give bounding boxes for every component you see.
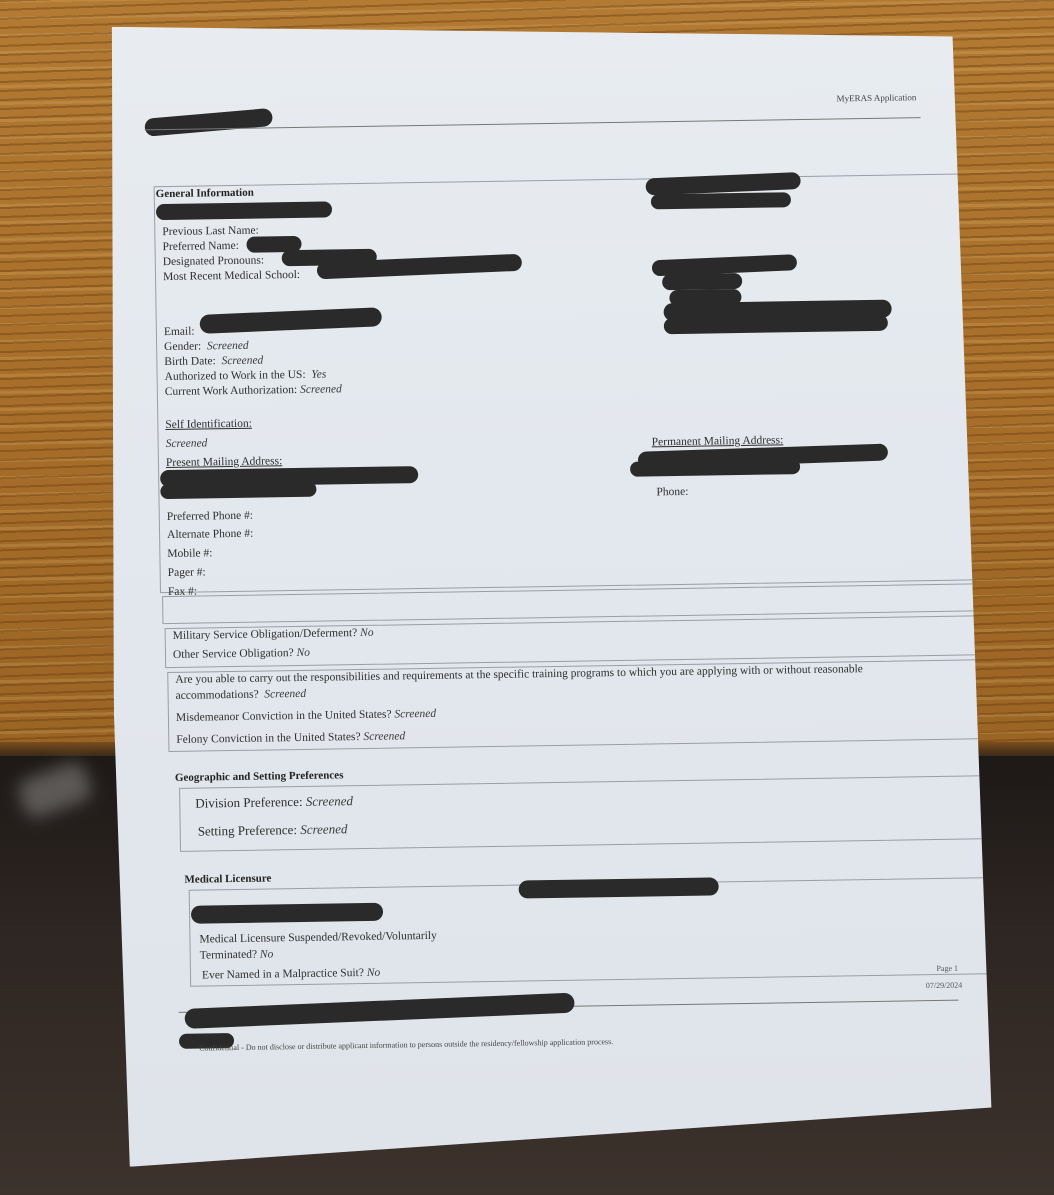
self-identification-label: Self Identification: — [165, 418, 252, 431]
section-title-preferences: Geographic and Setting Preferences — [175, 769, 344, 784]
medical-school-label: Most Recent Medical School: — [163, 269, 300, 283]
section-title-medical-licensure: Medical Licensure — [184, 872, 271, 885]
preferred-phone-label: Preferred Phone #: — [167, 510, 253, 523]
designated-pronouns-label: Designated Pronouns: — [163, 254, 264, 268]
redaction-mark — [156, 201, 332, 220]
redaction-mark — [144, 108, 273, 137]
permanent-mailing-address-label: Permanent Mailing Address: — [652, 434, 784, 448]
redaction-mark — [184, 993, 574, 1029]
gender-field: Gender: Screened — [164, 340, 249, 353]
page-number: Page 1 — [936, 964, 958, 973]
alternate-phone-label: Alternate Phone #: — [167, 528, 253, 541]
division-preference-field: Division Preference: Screened — [195, 793, 353, 811]
phone-label: Phone: — [656, 486, 688, 499]
present-mailing-address-label: Present Mailing Address: — [166, 455, 282, 469]
printed-page: MyERAS Application General Information P… — [103, 13, 1001, 1167]
redaction-mark — [519, 877, 719, 898]
print-date: 07/29/2024 — [926, 981, 963, 991]
redaction-mark — [630, 459, 800, 477]
confidentiality-notice: Confidential - Do not disclose or distri… — [199, 1037, 613, 1053]
previous-last-name-label: Previous Last Name: — [162, 225, 259, 239]
redaction-mark — [662, 273, 742, 290]
redaction-mark — [651, 192, 791, 209]
licensure-suspended-field: Terminated? No — [200, 948, 274, 961]
authorized-to-work-field: Authorized to Work in the US: Yes — [165, 369, 327, 384]
other-service-field: Other Service Obligation? No — [173, 647, 310, 661]
pager-label: Pager #: — [168, 566, 206, 579]
birth-date-field: Birth Date: Screened — [164, 355, 263, 369]
self-identification-value: Screened — [166, 437, 208, 450]
preferences-box — [179, 775, 992, 852]
header-title: MyERAS Application — [836, 92, 916, 103]
mobile-label: Mobile #: — [167, 547, 212, 560]
email-label: Email: — [164, 326, 195, 338]
responsibilities-field: accommodations? Screened — [176, 688, 307, 702]
redaction-mark — [191, 903, 383, 924]
preferred-name-label: Preferred Name: — [162, 240, 238, 253]
setting-preference-field: Setting Preference: Screened — [198, 821, 348, 839]
redaction-mark — [160, 482, 316, 499]
